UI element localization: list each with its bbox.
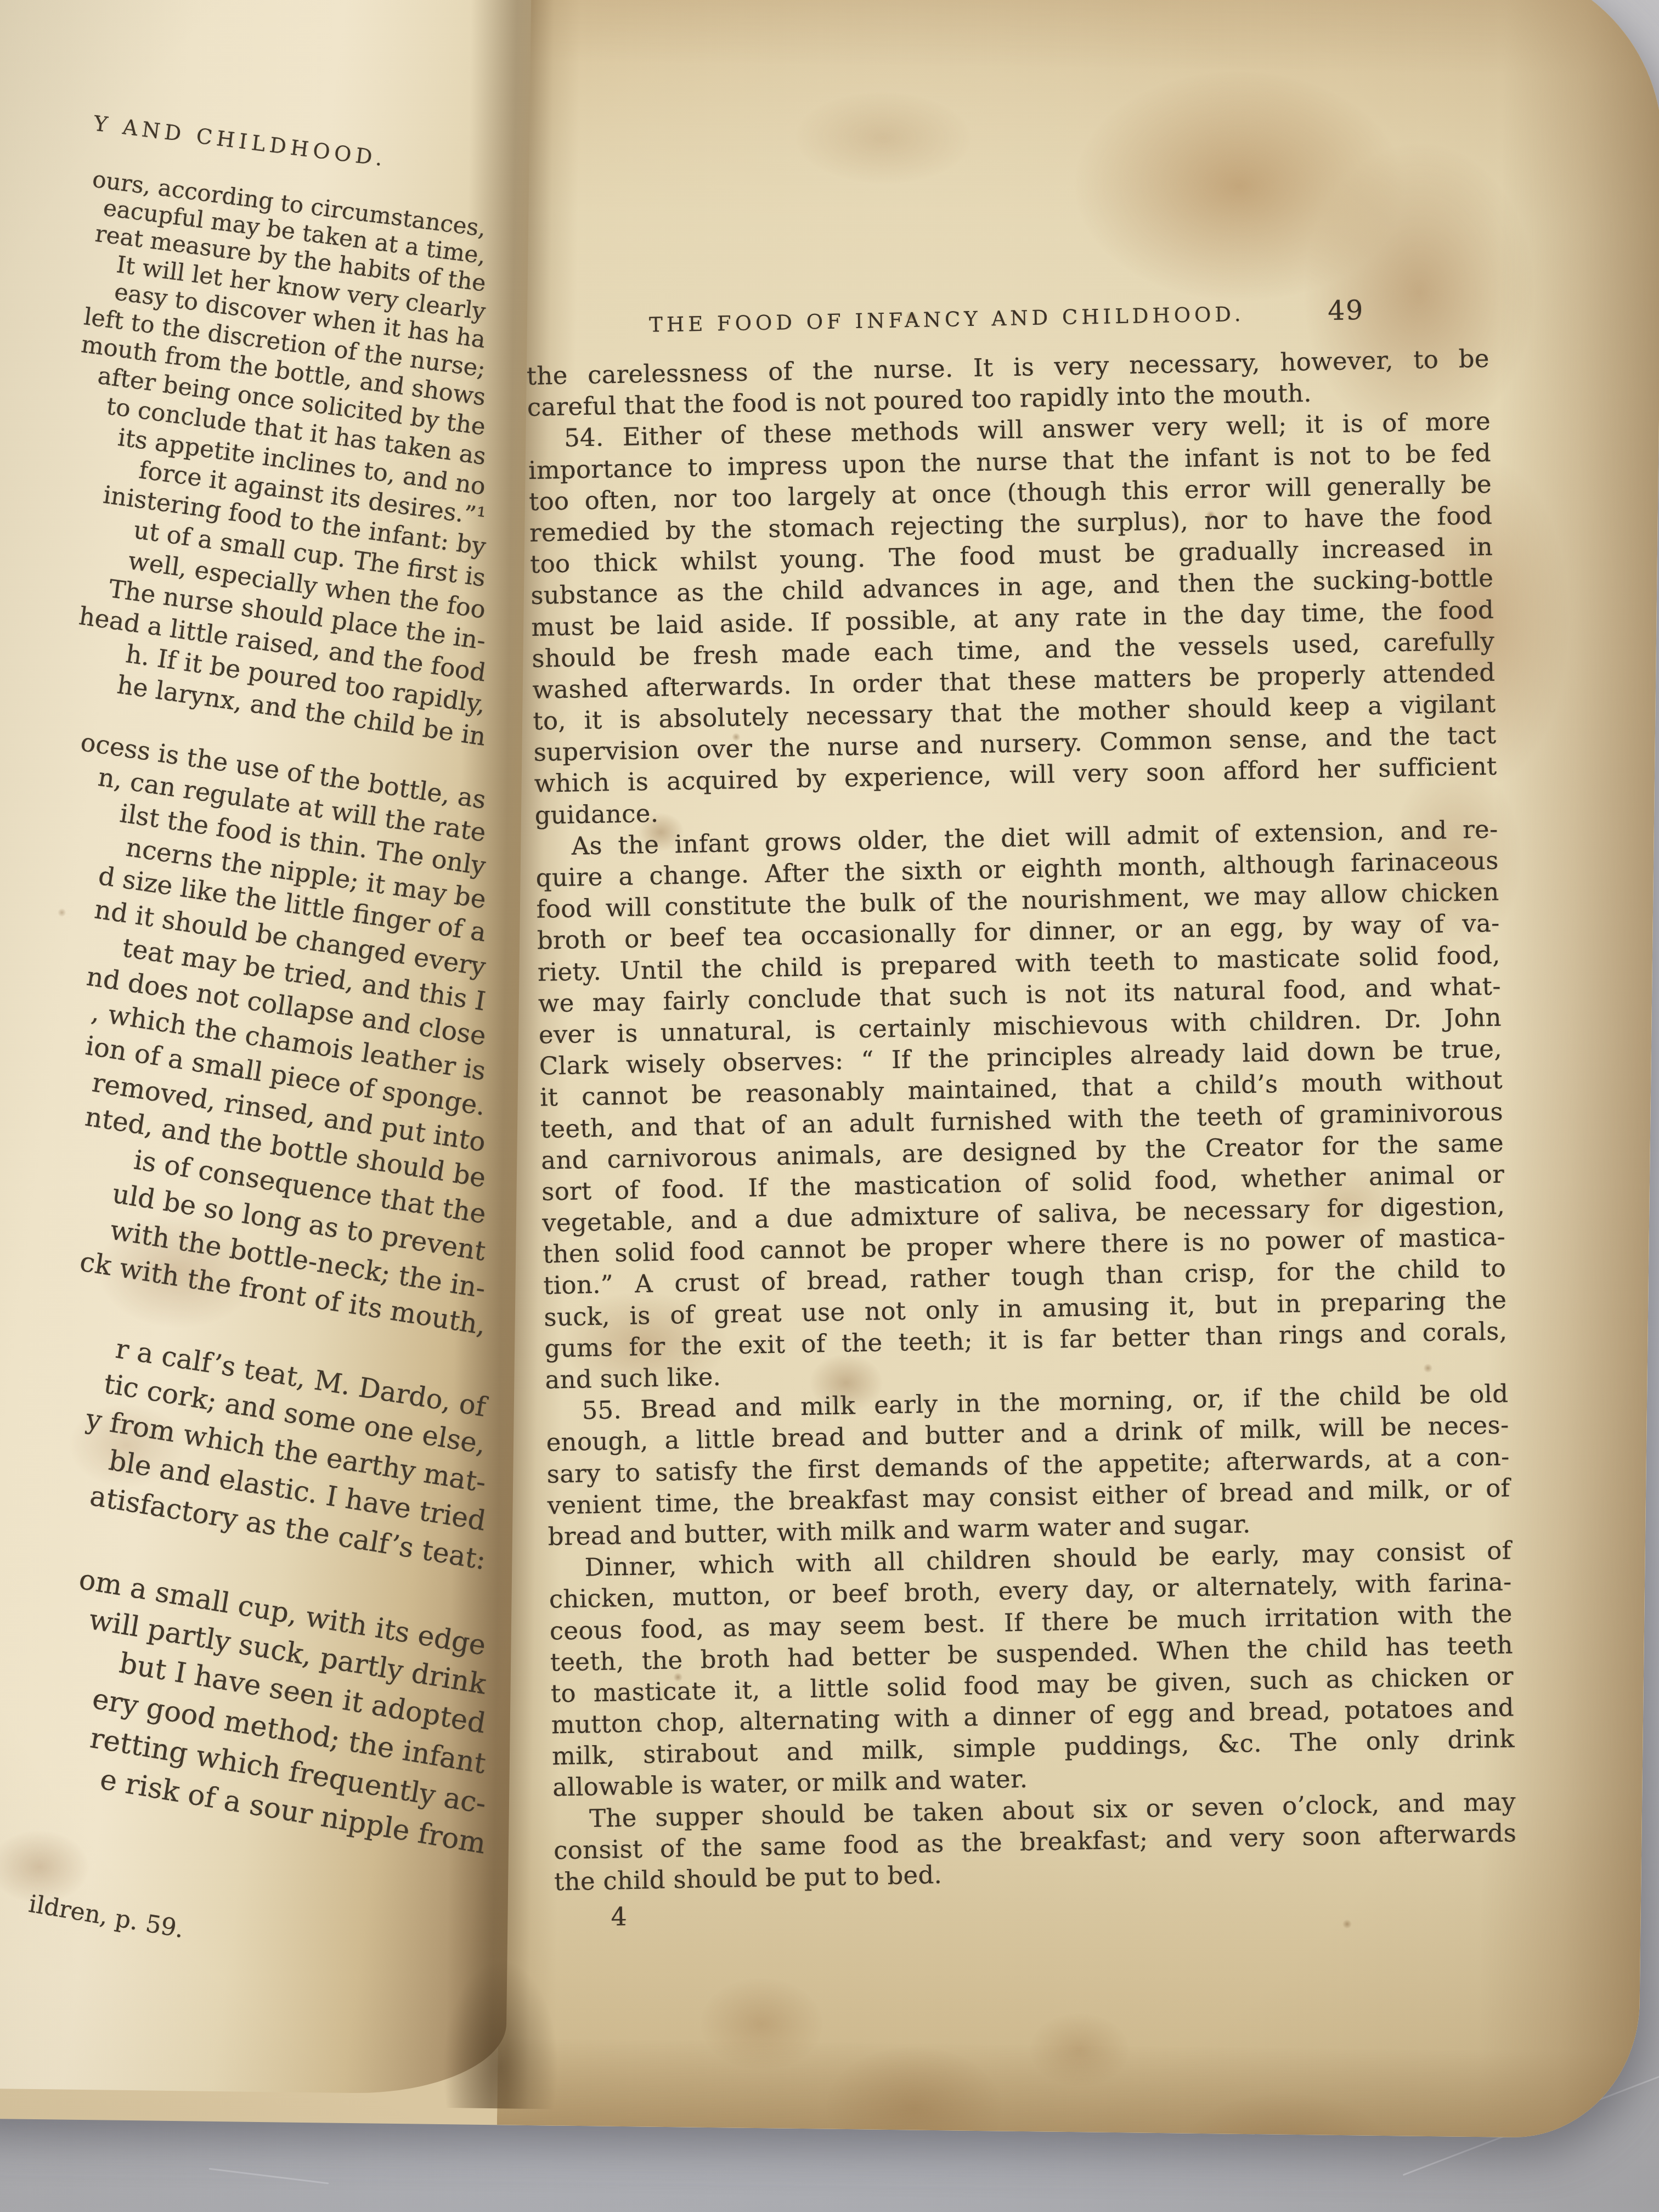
- photo-of-open-book: Y AND CHILDHOOD. ours, according to circ…: [0, 0, 1659, 2212]
- right-page-text: THE FOOD OF INFANCY AND CHILDHOOD. 49 th…: [526, 298, 1518, 1933]
- left-page-footnote: ildren, p. 59.: [27, 1889, 186, 1943]
- page-number: 49: [1328, 295, 1364, 326]
- right-page-body: the carelessness of the nurse. It is ver…: [527, 343, 1517, 1898]
- left-running-header: Y AND CHILDHOOD.: [92, 111, 388, 171]
